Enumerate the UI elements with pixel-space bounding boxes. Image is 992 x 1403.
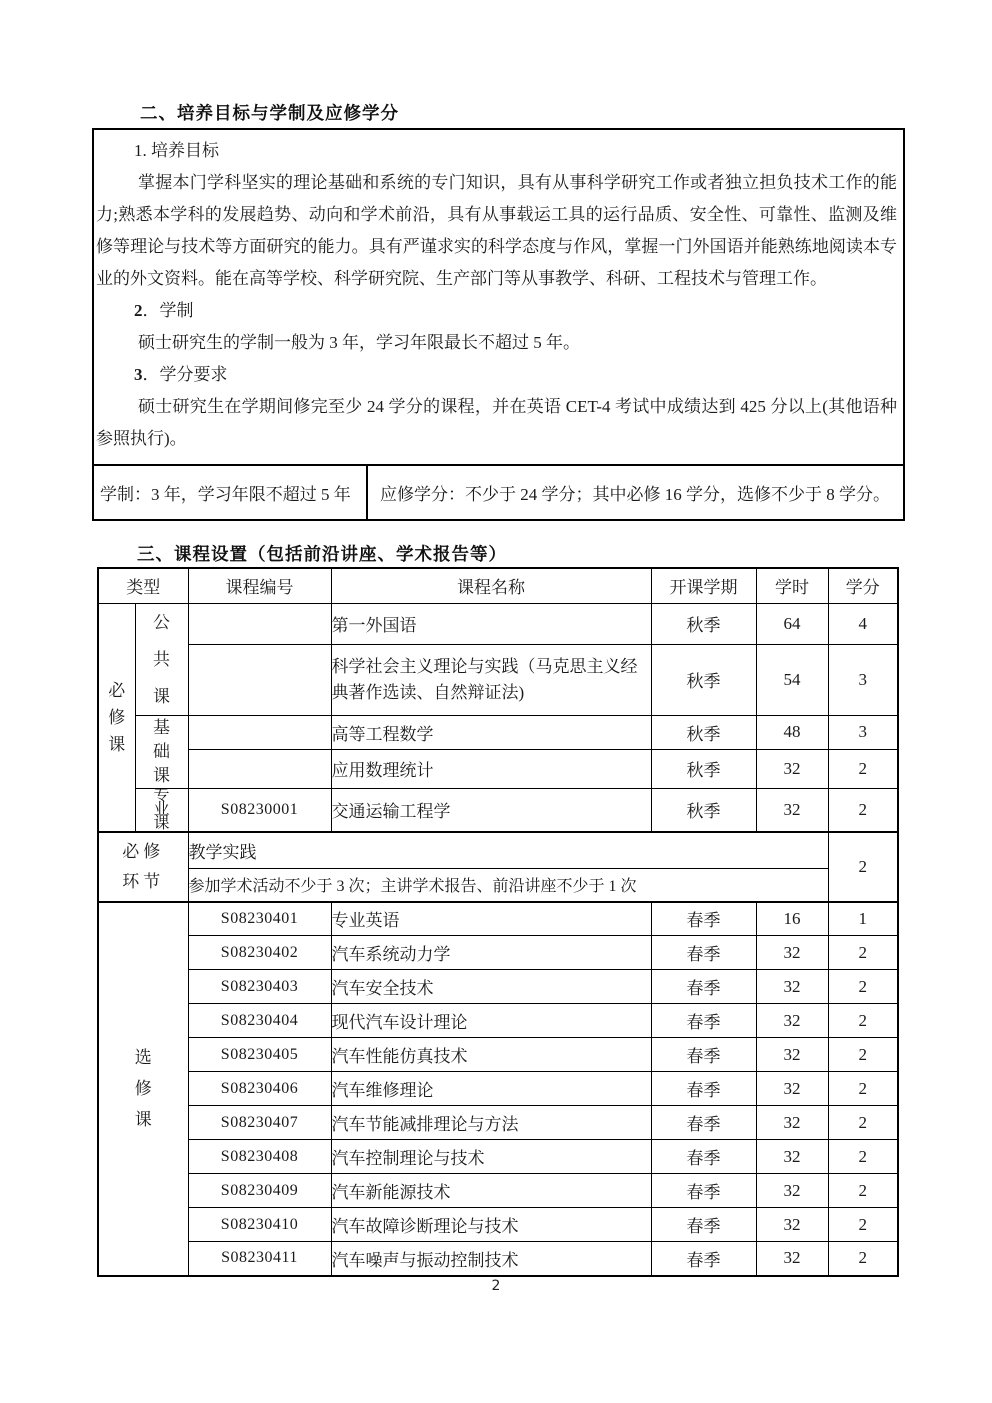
public-courses-label-cell: 公共课 [135, 603, 188, 715]
table-row: 基础课 高等工程数学 秋季 48 3 [98, 715, 898, 749]
semester-cell: 秋季 [651, 749, 756, 788]
schooling-heading: 2．学制 [96, 295, 897, 327]
credits-cell: 2 [828, 1106, 898, 1140]
table-row: 科学社会主义理论与实践（马克思主义经典著作选读、自然辩证法) 秋季 54 3 [98, 644, 898, 715]
semester-cell: 秋季 [651, 644, 756, 715]
table-row: S08230410 汽车故障诊断理论与技术 春季 32 2 [98, 1208, 898, 1242]
code-cell: S08230409 [188, 1174, 331, 1208]
basic-courses-label: 基础课 [152, 716, 172, 788]
name-cell: 应用数理统计 [331, 749, 651, 788]
goal-heading: 1. 培养目标 [96, 135, 897, 167]
code-cell [188, 644, 331, 715]
credits-cell: 3 [828, 715, 898, 749]
name-cell: 汽车安全技术 [331, 970, 651, 1004]
table-row: 专业课 S08230001 交通运输工程学 秋季 32 2 [98, 788, 898, 832]
practice-row: 必修环节 教学实践 2 [98, 832, 898, 869]
table-row: S08230411 汽车噪声与振动控制技术 春季 32 2 [98, 1242, 898, 1276]
table-row: 必修课 公共课 第一外国语 秋季 64 4 [98, 603, 898, 644]
hours-cell: 32 [756, 1242, 828, 1276]
name-cell: 汽车系统动力学 [331, 936, 651, 970]
credits-cell: 2 [828, 1072, 898, 1106]
code-cell: S08230407 [188, 1106, 331, 1140]
code-cell [188, 749, 331, 788]
required-courses-label-cell: 必修课 [98, 603, 135, 832]
hours-cell: 64 [756, 603, 828, 644]
table-row: S08230402 汽车系统动力学 春季 32 2 [98, 936, 898, 970]
hours-cell: 32 [756, 1174, 828, 1208]
table-row: S08230409 汽车新能源技术 春季 32 2 [98, 1174, 898, 1208]
name-cell: 科学社会主义理论与实践（马克思主义经典著作选读、自然辩证法) [331, 644, 651, 715]
elective-courses-label-cell: 选修课 [98, 902, 188, 1276]
name-cell: 汽车性能仿真技术 [331, 1038, 651, 1072]
credits-cell: 2 [828, 749, 898, 788]
credit-req-title: ．学分要求 [143, 365, 228, 384]
elective-courses-label: 选修课 [133, 1042, 153, 1135]
code-cell: S08230404 [188, 1004, 331, 1038]
course-table: 类型 课程编号 课程名称 开课学期 学时 学分 必修课 公共课 第一外国语 秋季… [97, 567, 899, 1277]
code-cell: S08230405 [188, 1038, 331, 1072]
hours-cell: 32 [756, 1038, 828, 1072]
table-row: 应用数理统计 秋季 32 2 [98, 749, 898, 788]
header-type: 类型 [98, 568, 188, 603]
name-cell: 高等工程数学 [331, 715, 651, 749]
practice-teaching-cell: 教学实践 [188, 832, 828, 869]
code-cell: S08230001 [188, 788, 331, 832]
code-cell: S08230401 [188, 902, 331, 936]
hours-cell: 32 [756, 788, 828, 832]
semester-cell: 春季 [651, 1208, 756, 1242]
summary-schooling-cell: 学制：3 年，学习年限不超过 5 年 [94, 466, 368, 519]
credits-cell: 2 [828, 788, 898, 832]
hours-cell: 32 [756, 1140, 828, 1174]
hours-cell: 32 [756, 1208, 828, 1242]
header-hours: 学时 [756, 568, 828, 603]
schooling-title: ．学制 [143, 301, 194, 320]
credits-cell: 2 [828, 1174, 898, 1208]
credits-cell: 2 [828, 1038, 898, 1072]
hours-cell: 32 [756, 936, 828, 970]
name-cell: 汽车维修理论 [331, 1072, 651, 1106]
practice-academic-cell: 参加学术活动不少于 3 次；主讲学术报告、前沿讲座不少于 1 次 [188, 869, 828, 902]
semester-cell: 春季 [651, 1140, 756, 1174]
document-page: 二、培养目标与学制及应修学分 1. 培养目标 掌握本门学科坚实的理论基础和系统的… [0, 0, 992, 1403]
name-cell: 现代汽车设计理论 [331, 1004, 651, 1038]
semester-cell: 春季 [651, 902, 756, 936]
hours-cell: 32 [756, 970, 828, 1004]
semester-cell: 春季 [651, 936, 756, 970]
credits-cell: 2 [828, 1140, 898, 1174]
header-semester: 开课学期 [651, 568, 756, 603]
semester-cell: 春季 [651, 1242, 756, 1276]
semester-cell: 秋季 [651, 603, 756, 644]
hours-cell: 32 [756, 1106, 828, 1140]
table-row: S08230403 汽车安全技术 春季 32 2 [98, 970, 898, 1004]
summary-credits-cell: 应修学分：不少于 24 学分；其中必修 16 学分，选修不少于 8 学分。 [368, 466, 903, 519]
training-objectives-content: 1. 培养目标 掌握本门学科坚实的理论基础和系统的专门知识，具有从事科学研究工作… [94, 130, 903, 466]
professional-courses-label-cell: 专业课 [135, 788, 188, 832]
table-row: 选修课 S08230401 专业英语 春季 16 1 [98, 902, 898, 936]
practice-label: 必修环节 [121, 837, 165, 897]
hours-cell: 54 [756, 644, 828, 715]
table-row: S08230407 汽车节能减排理论与方法 春季 32 2 [98, 1106, 898, 1140]
basic-courses-label-cell: 基础课 [135, 715, 188, 788]
practice-row: 参加学术活动不少于 3 次；主讲学术报告、前沿讲座不少于 1 次 [98, 869, 898, 902]
table-row: S08230404 现代汽车设计理论 春季 32 2 [98, 1004, 898, 1038]
name-cell: 交通运输工程学 [331, 788, 651, 832]
table-row: S08230408 汽车控制理论与技术 春季 32 2 [98, 1140, 898, 1174]
header-credits: 学分 [828, 568, 898, 603]
credits-cell: 2 [828, 936, 898, 970]
semester-cell: 秋季 [651, 715, 756, 749]
semester-cell: 春季 [651, 1004, 756, 1038]
code-cell: S08230402 [188, 936, 331, 970]
goal-body: 掌握本门学科坚实的理论基础和系统的专门知识，具有从事科学研究工作或者独立担负技术… [96, 167, 897, 295]
public-courses-label: 公共课 [152, 604, 172, 715]
credit-req-heading: 3．学分要求 [96, 359, 897, 391]
practice-credits-cell: 2 [828, 832, 898, 902]
credits-cell: 2 [828, 1242, 898, 1276]
credit-req-body: 硕士研究生在学期间修完至少 24 学分的课程，并在英语 CET-4 考试中成绩达… [96, 391, 897, 455]
schooling-number: 2 [134, 301, 143, 320]
header-name: 课程名称 [331, 568, 651, 603]
hours-cell: 32 [756, 1004, 828, 1038]
code-cell: S08230408 [188, 1140, 331, 1174]
training-objectives-box: 1. 培养目标 掌握本门学科坚实的理论基础和系统的专门知识，具有从事科学研究工作… [92, 128, 905, 521]
schooling-body: 硕士研究生的学制一般为 3 年，学习年限最长不超过 5 年。 [96, 327, 897, 359]
name-cell: 汽车噪声与振动控制技术 [331, 1242, 651, 1276]
section-courses-heading: 三、课程设置（包括前沿讲座、学术报告等） [137, 541, 507, 566]
code-cell: S08230410 [188, 1208, 331, 1242]
code-cell [188, 603, 331, 644]
hours-cell: 16 [756, 902, 828, 936]
credits-cell: 3 [828, 644, 898, 715]
header-code: 课程编号 [188, 568, 331, 603]
section-training-heading: 二、培养目标与学制及应修学分 [140, 100, 399, 125]
semester-cell: 秋季 [651, 788, 756, 832]
name-cell: 汽车新能源技术 [331, 1174, 651, 1208]
hours-cell: 48 [756, 715, 828, 749]
name-cell: 专业英语 [331, 902, 651, 936]
table-row: S08230405 汽车性能仿真技术 春季 32 2 [98, 1038, 898, 1072]
credits-cell: 4 [828, 603, 898, 644]
summary-row: 学制：3 年，学习年限不超过 5 年 应修学分：不少于 24 学分；其中必修 1… [94, 466, 903, 519]
required-courses-label: 必修课 [107, 677, 127, 758]
code-cell: S08230411 [188, 1242, 331, 1276]
credits-cell: 2 [828, 970, 898, 1004]
semester-cell: 春季 [651, 1038, 756, 1072]
page-number: 2 [0, 1278, 992, 1294]
semester-cell: 春季 [651, 1106, 756, 1140]
professional-courses-label: 专业课 [152, 789, 170, 831]
semester-cell: 春季 [651, 1174, 756, 1208]
credits-cell: 1 [828, 902, 898, 936]
credits-cell: 2 [828, 1208, 898, 1242]
name-cell: 汽车节能减排理论与方法 [331, 1106, 651, 1140]
name-cell: 第一外国语 [331, 603, 651, 644]
semester-cell: 春季 [651, 970, 756, 1004]
credit-req-number: 3 [134, 365, 143, 384]
hours-cell: 32 [756, 749, 828, 788]
credits-cell: 2 [828, 1004, 898, 1038]
code-cell [188, 715, 331, 749]
hours-cell: 32 [756, 1072, 828, 1106]
code-cell: S08230403 [188, 970, 331, 1004]
name-cell: 汽车控制理论与技术 [331, 1140, 651, 1174]
semester-cell: 春季 [651, 1072, 756, 1106]
table-row: S08230406 汽车维修理论 春季 32 2 [98, 1072, 898, 1106]
table-header-row: 类型 课程编号 课程名称 开课学期 学时 学分 [98, 568, 898, 603]
code-cell: S08230406 [188, 1072, 331, 1106]
name-cell: 汽车故障诊断理论与技术 [331, 1208, 651, 1242]
practice-label-cell: 必修环节 [98, 832, 188, 902]
